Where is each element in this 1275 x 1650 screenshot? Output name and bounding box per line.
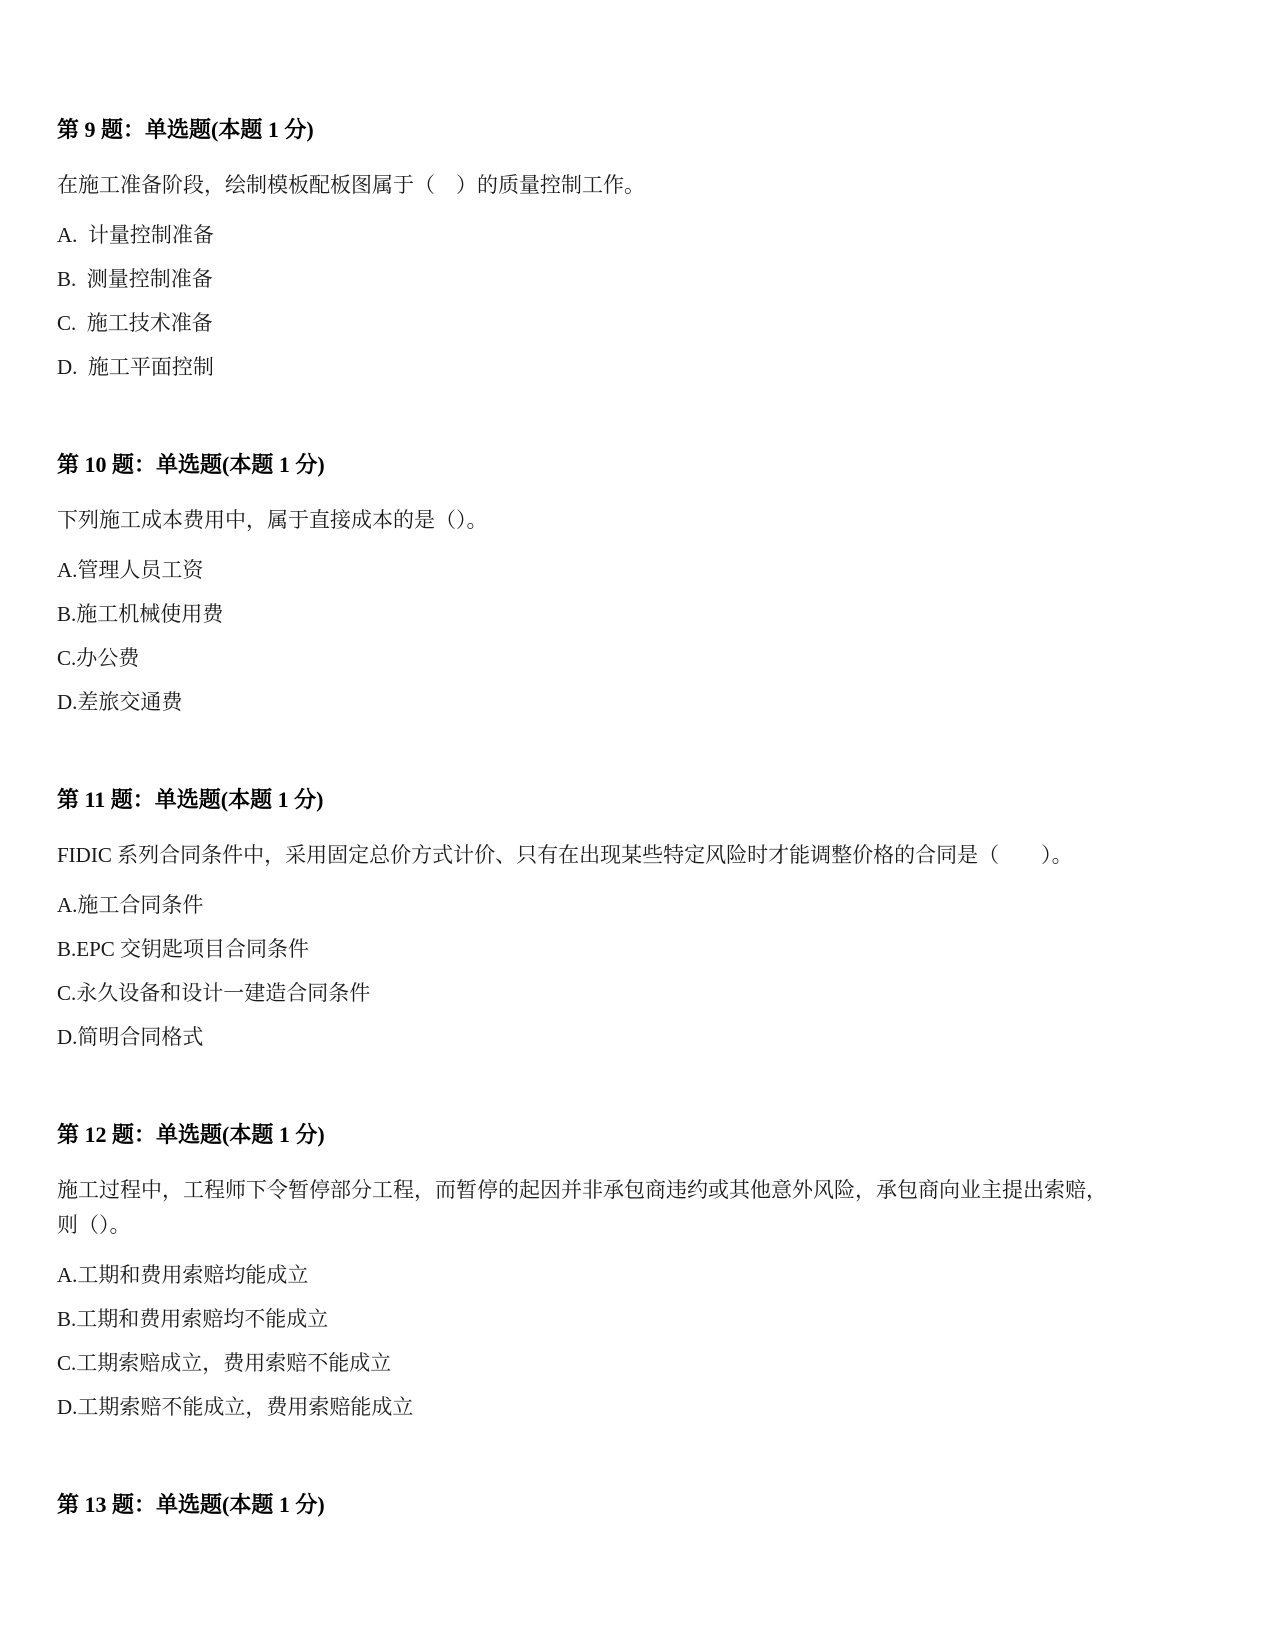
question-11-option-d: D.简明合同格式 <box>57 1026 1122 1049</box>
question-11-option-b: B.EPC 交钥匙项目合同条件 <box>57 938 1122 961</box>
question-12-stem: 施工过程中，工程师下令暂停部分工程，而暂停的起因并非承包商违约或其他意外风险，承… <box>57 1173 1122 1243</box>
question-12-option-c: C.工期索赔成立，费用索赔不能成立 <box>57 1352 1122 1375</box>
question-10-title: 第 10 题：单选题(本题 1 分) <box>57 451 1175 479</box>
question-13-title: 第 13 题：单选题(本题 1 分) <box>57 1491 1175 1519</box>
question-block-13: 第 13 题：单选题(本题 1 分) <box>57 1491 1175 1519</box>
question-10-option-b: B.施工机械使用费 <box>57 603 1122 626</box>
question-10-option-a: A.管理人员工资 <box>57 559 1122 582</box>
question-11-title: 第 11 题：单选题(本题 1 分) <box>57 786 1175 814</box>
question-12-title: 第 12 题：单选题(本题 1 分) <box>57 1121 1175 1149</box>
question-11-stem: FIDIC 系列合同条件中，采用固定总价方式计价、只有在出现某些特定风险时才能调… <box>57 838 1122 873</box>
exam-document-page: 第 9 题：单选题(本题 1 分) 在施工准备阶段，绘制模板配板图属于（ ）的质… <box>0 0 1275 1650</box>
question-10-option-c: C.办公费 <box>57 647 1122 670</box>
question-9-option-a: A. 计量控制准备 <box>57 224 1122 247</box>
question-9-title: 第 9 题：单选题(本题 1 分) <box>57 116 1175 144</box>
question-block-12: 第 12 题：单选题(本题 1 分) 施工过程中，工程师下令暂停部分工程，而暂停… <box>57 1121 1175 1419</box>
question-11-option-c: C.永久设备和设计一建造合同条件 <box>57 982 1122 1005</box>
question-9-option-c: C. 施工技术准备 <box>57 312 1122 335</box>
question-12-option-d: D.工期索赔不能成立，费用索赔能成立 <box>57 1396 1122 1419</box>
question-block-10: 第 10 题：单选题(本题 1 分) 下列施工成本费用中，属于直接成本的是（）。… <box>57 451 1175 714</box>
question-9-option-b: B. 测量控制准备 <box>57 268 1122 291</box>
question-10-stem: 下列施工成本费用中，属于直接成本的是（）。 <box>57 503 1122 538</box>
question-12-option-a: A.工期和费用索赔均能成立 <box>57 1264 1122 1287</box>
question-9-option-d: D. 施工平面控制 <box>57 356 1122 379</box>
question-block-9: 第 9 题：单选题(本题 1 分) 在施工准备阶段，绘制模板配板图属于（ ）的质… <box>57 116 1175 379</box>
question-block-11: 第 11 题：单选题(本题 1 分) FIDIC 系列合同条件中，采用固定总价方… <box>57 786 1175 1049</box>
question-9-stem: 在施工准备阶段，绘制模板配板图属于（ ）的质量控制工作。 <box>57 168 1122 203</box>
question-12-option-b: B.工期和费用索赔均不能成立 <box>57 1308 1122 1331</box>
question-10-option-d: D.差旅交通费 <box>57 691 1122 714</box>
question-11-option-a: A.施工合同条件 <box>57 894 1122 917</box>
